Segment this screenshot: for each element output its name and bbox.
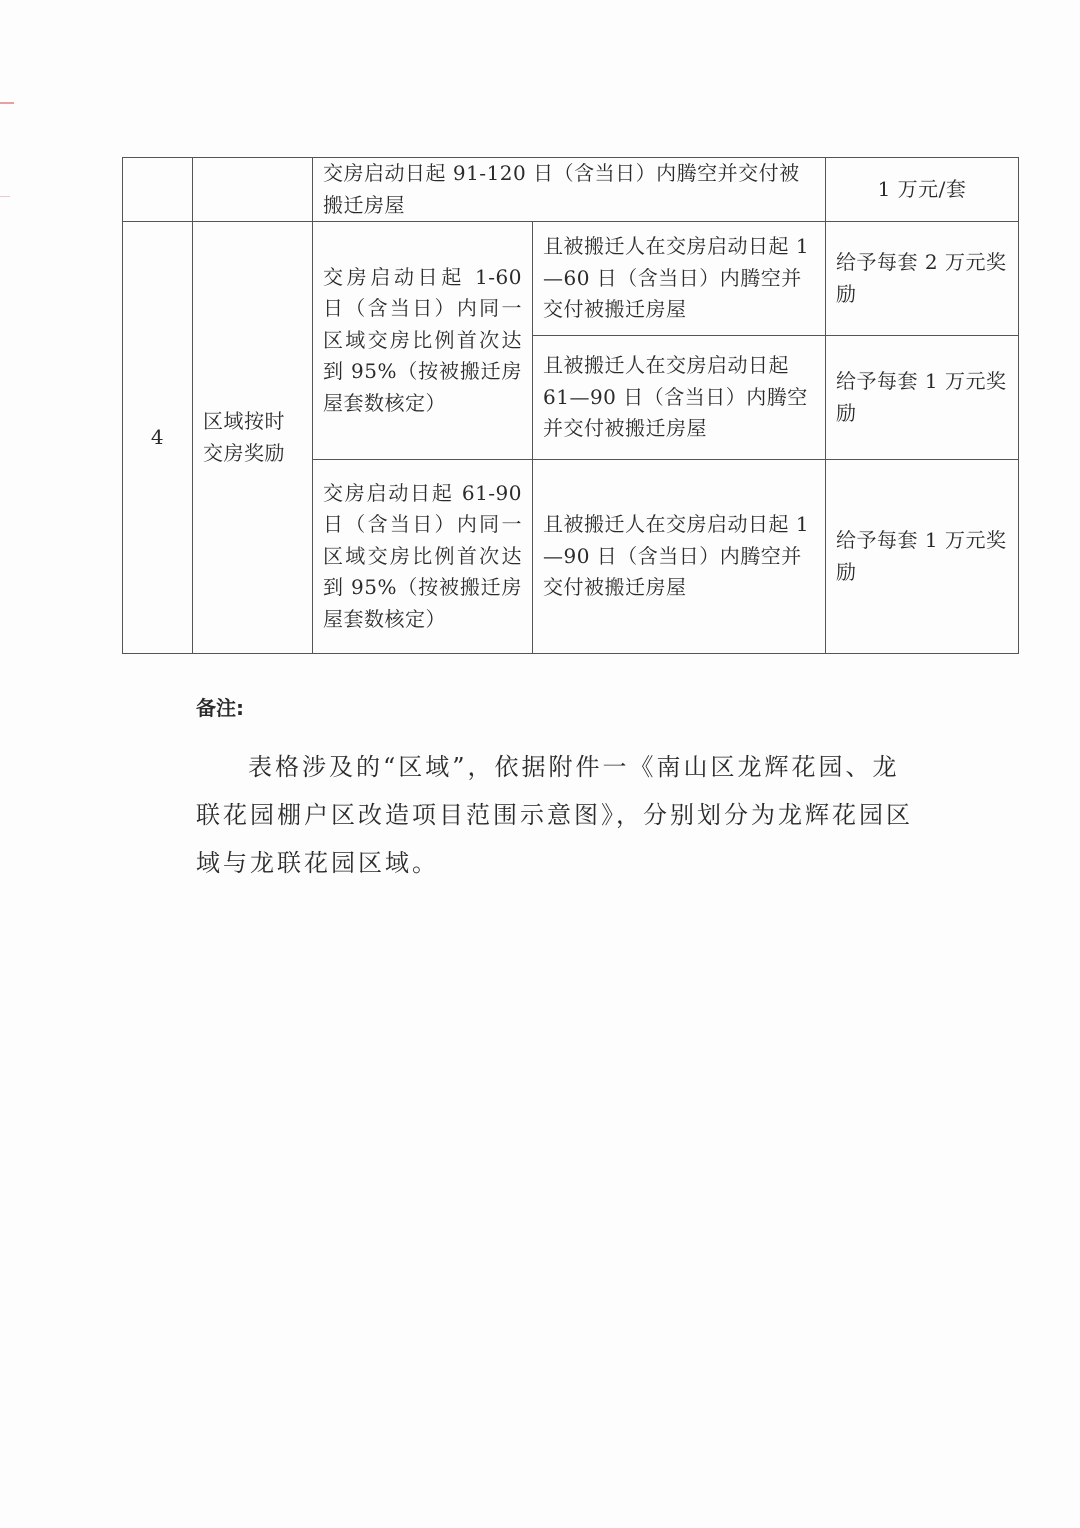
item-number-cell: 4 — [123, 222, 193, 654]
condition-cell: 交房启动日起 91-120 日（含当日）内腾空并交付被搬迁房屋 — [313, 158, 826, 222]
item-number-cell — [123, 158, 193, 222]
reward-cell: 给予每套 1 万元奖励 — [826, 336, 1019, 460]
reward-cell: 给予每套 1 万元奖励 — [826, 460, 1019, 654]
reward-cell: 给予每套 2 万元奖励 — [826, 222, 1019, 336]
notes-section: 备注: 表格涉及的“区域”，依据附件一《南山区龙辉花园、龙联花园棚户区改造项目范… — [196, 692, 926, 887]
region-condition-cell: 交房启动日起 61-90 日（含当日）内同一区域交房比例首次达到 95%（按被搬… — [313, 460, 533, 654]
reward-cell: 1 万元/套 — [826, 158, 1019, 222]
requirement-cell: 且被搬迁人在交房启动日起 1—90 日（含当日）内腾空并交付被搬迁房屋 — [533, 460, 826, 654]
requirement-cell: 且被搬迁人在交房启动日起 1—60 日（含当日）内腾空并交付被搬迁房屋 — [533, 222, 826, 336]
category-cell: 区域按时交房奖励 — [193, 222, 313, 654]
reward-table: 交房启动日起 91-120 日（含当日）内腾空并交付被搬迁房屋 1 万元/套 4… — [122, 157, 1019, 654]
notes-body: 表格涉及的“区域”，依据附件一《南山区龙辉花园、龙联花园棚户区改造项目范围示意图… — [196, 743, 926, 887]
table-row: 交房启动日起 91-120 日（含当日）内腾空并交付被搬迁房屋 1 万元/套 — [123, 158, 1019, 222]
category-cell — [193, 158, 313, 222]
region-condition-cell: 交房启动日起 1-60 日（含当日）内同一区域交房比例首次达到 95%（按被搬迁… — [313, 222, 533, 460]
notes-title: 备注: — [196, 692, 926, 721]
page-edge-mark — [0, 196, 10, 197]
page-edge-mark — [0, 102, 14, 104]
requirement-cell: 且被搬迁人在交房启动日起 61—90 日（含当日）内腾空并交付被搬迁房屋 — [533, 336, 826, 460]
table-row: 4 区域按时交房奖励 交房启动日起 1-60 日（含当日）内同一区域交房比例首次… — [123, 222, 1019, 336]
